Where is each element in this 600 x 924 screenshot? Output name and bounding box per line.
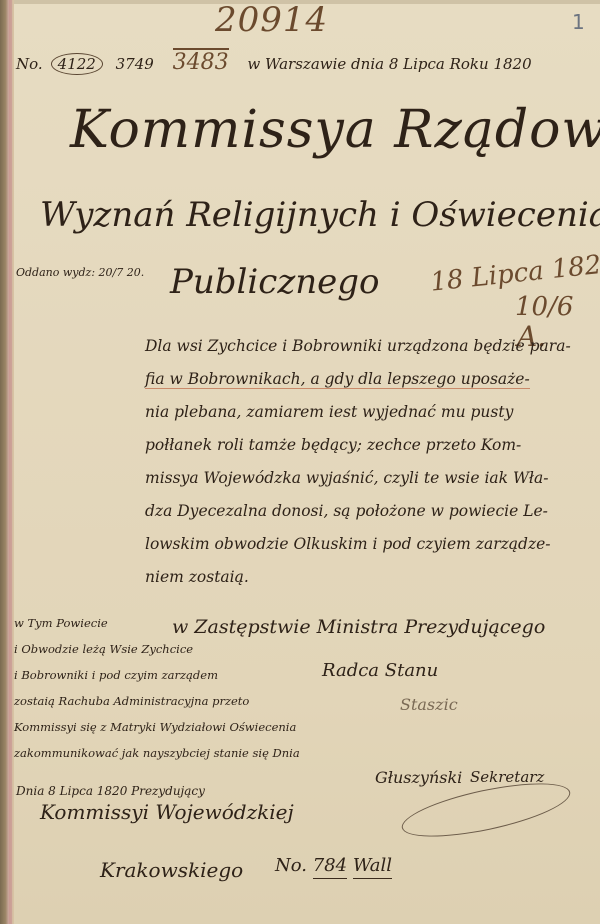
body-line: Dla wsi Zychcice i Bobrowniki urządzona … (145, 330, 595, 363)
reference-prefix: No. (16, 55, 43, 73)
secretary-name: Głuszyński (375, 768, 462, 787)
body-line: nia plebana, zamiarem iest wyjednać mu p… (145, 396, 595, 429)
registry-suffix: Wall (353, 855, 392, 879)
margin-note: zostaią Rachuba Administracyjna przeto (14, 688, 300, 714)
reference-line: No.4122 3749 3483 w Warszawie dnia 8 Lip… (16, 50, 540, 75)
margin-note: Kommissyi się z Matryki Wydziałowi Oświe… (14, 714, 300, 740)
margin-note: i Bobrowniki i pod czyim zarządem (14, 662, 300, 688)
body-line: niem zostaią. (145, 561, 595, 594)
registry-value: 784 (313, 855, 347, 879)
body-line: fia w Bobrownikach, a gdy dla lepszego u… (145, 363, 595, 396)
registry-prefix: No. (275, 855, 307, 876)
place-date: w Warszawie dnia 8 Lipca Roku 1820 (247, 55, 531, 73)
reference-number-1: 4122 (51, 53, 103, 75)
reference-number-3: 3483 (173, 48, 229, 75)
addressee-line-1: Kommissyi Wojewódzkiej (40, 800, 294, 824)
letter-body: Dla wsi Zychcice i Bobrowniki urządzona … (145, 330, 595, 594)
margin-note: i Obwodzie leżą Wsie Zychcice (14, 636, 300, 662)
reference-number-2: 3749 (116, 55, 154, 73)
header-title-line-3: Publicznego (170, 262, 380, 302)
signature-name: Staszic (400, 695, 458, 714)
header-title-line-1: Kommissya Rządowa (70, 100, 600, 160)
margin-note: zakommunikować jak nayszybciej stanie si… (14, 740, 300, 766)
body-line: dza Dyecezalna donosi, są położone w pow… (145, 495, 595, 528)
received-date: 18 Lipca 1820 (429, 248, 600, 297)
body-line: połłanek roli tamże będący; zechce przet… (145, 429, 595, 462)
page-number: 1 (572, 10, 585, 34)
signature-title: Radca Stanu (322, 660, 438, 681)
received-number: 10/6 (515, 292, 573, 322)
dispatch-note: Oddano wydz: 20/7 20. (16, 266, 144, 279)
archive-number: 20914 (215, 0, 328, 40)
signature-deputy-line: w Zastępstwie Ministra Prezydującego (172, 616, 545, 638)
registry-number: No. 784 Wall (275, 855, 392, 876)
body-line: lowskim obwodzie Olkuskim i pod czyiem z… (145, 528, 595, 561)
addressee-line-2: Krakowskiego (100, 858, 243, 882)
page-binding-edge (0, 0, 14, 924)
dated-note: Dnia 8 Lipca 1820 Prezydujący (16, 784, 205, 798)
body-line-underlined: fia w Bobrownikach, a gdy dla lepszego u… (145, 370, 530, 389)
header-title-line-2: Wyznań Religijnych i Oświecenia (40, 195, 600, 235)
body-line: missya Wojewódzka wyjaśnić, czyli te wsi… (145, 462, 595, 495)
